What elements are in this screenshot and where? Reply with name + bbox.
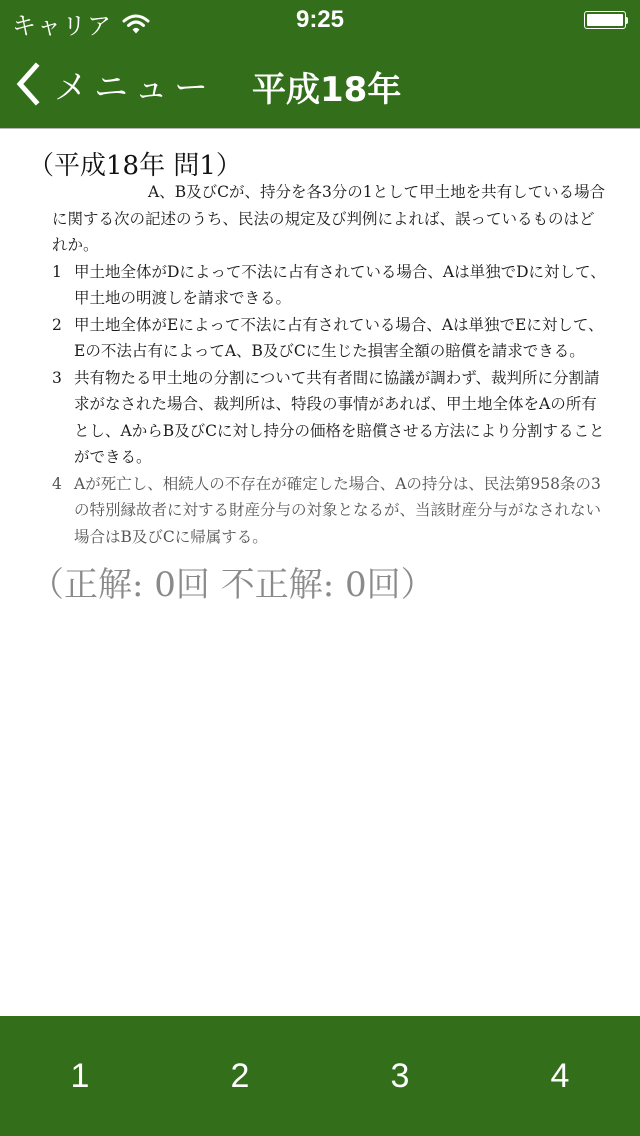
score-text: （正解: 0回 不正解: 0回） bbox=[30, 557, 435, 606]
choice-2: 2甲土地全体がEによって不法に占有されている場合、Aは単独でEに対して、Eの不法… bbox=[52, 312, 608, 365]
choice-3: 3共有物たる甲土地の分割について共有者間に協議が調わず、裁判所に分割請求がなされ… bbox=[52, 365, 608, 471]
navigation-bar: メニュー 平成18年 bbox=[0, 40, 640, 128]
answer-bar: 1 2 3 4 bbox=[0, 1016, 640, 1136]
question-title: （平成18年 問1） bbox=[28, 145, 242, 182]
choice-1: 1甲土地全体がDによって不法に占有されている場合、Aは単独でDに対して、甲土地の… bbox=[52, 259, 608, 312]
header: キャリア 9:25 メニュー 平成18年 bbox=[0, 0, 640, 128]
divider bbox=[0, 128, 640, 129]
choice-4: 4Aが死亡し、相続人の不存在が確定した場合、Aの持分は、民法第958条の3の特別… bbox=[52, 471, 608, 551]
answer-button-3[interactable]: 3 bbox=[320, 1016, 480, 1136]
answer-button-4[interactable]: 4 bbox=[480, 1016, 640, 1136]
status-bar: キャリア 9:25 bbox=[0, 0, 640, 40]
back-label: メニュー bbox=[54, 60, 214, 109]
clock: 9:25 bbox=[0, 6, 640, 34]
question-intro: A、B及びCが、持分を各3分の1として甲土地を共有している場合に関する次の記述の… bbox=[52, 179, 608, 259]
answer-button-2[interactable]: 2 bbox=[160, 1016, 320, 1136]
battery-icon bbox=[584, 11, 628, 31]
question-body: A、B及びCが、持分を各3分の1として甲土地を共有している場合に関する次の記述の… bbox=[52, 179, 608, 550]
answer-button-1[interactable]: 1 bbox=[0, 1016, 160, 1136]
page-title: 平成18年 bbox=[252, 62, 401, 111]
chevron-left-icon bbox=[14, 62, 42, 106]
back-button[interactable]: メニュー bbox=[14, 60, 214, 108]
